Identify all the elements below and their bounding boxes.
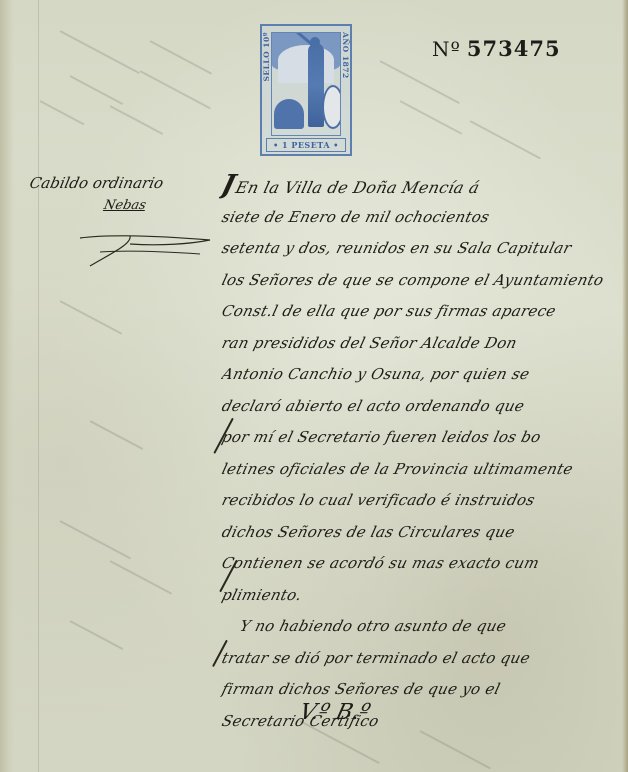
margin-annotation: Cabildo ordinario Nebas [30, 174, 230, 213]
margin-signature: Nebas [102, 198, 231, 213]
torn-left-edge [0, 0, 14, 772]
text-line: siete de Enero de mil ochocientos [218, 202, 626, 234]
text-line: declaró abierto el acto ordenando que [218, 391, 626, 423]
minutes-body: JEn la Villa de Doña Mencía á siete de E… [222, 170, 622, 737]
text-line: setenta y dos, reunidos en su Sala Capit… [218, 233, 626, 265]
text-line: los Señores de que se compone el Ayuntam… [218, 265, 626, 297]
lion-icon [274, 99, 304, 129]
text-line: tratar se dió por terminado el acto que [218, 643, 626, 675]
serial-value: 573475 [467, 36, 561, 61]
stamp-year-label: AÑO 1872 [341, 32, 350, 79]
stamp-sello-label: SELLO 10º [262, 32, 271, 82]
text-line: Antonio Canchio y Osuna, por quien se [218, 359, 626, 391]
text-line: por mí el Secretario fueren leidos los b… [218, 422, 626, 454]
right-edge [622, 0, 628, 772]
margin-title: Cabildo ordinario [28, 174, 232, 192]
text-line: JEn la Villa de Doña Mencía á [218, 170, 626, 202]
text-line: ran presididos del Señor Alcalde Don [218, 328, 626, 360]
text-line: Contienen se acordó su mas exacto cum [218, 548, 626, 580]
document-page: SELLO 10º AÑO 1872 • 1 PESETA • Nº573475… [0, 0, 628, 772]
text-line: plimiento. [218, 580, 626, 612]
hispania-figure-icon [308, 43, 324, 127]
text-line: firman dichos Señores de que yo el [218, 674, 626, 706]
text-line: recibidos lo cual verificado é instruido… [218, 485, 626, 517]
serial-number: Nº573475 [432, 36, 561, 61]
signature-flourish-icon [70, 230, 220, 270]
text-line: dichos Señores de las Circulares que [218, 517, 626, 549]
text-line: Secretario Certifico [218, 706, 626, 738]
serial-prefix: Nº [432, 37, 461, 61]
text-line: Const.l de ella que por sus firmas apare… [218, 296, 626, 328]
shield-icon [322, 85, 341, 129]
margin-fold-line [38, 0, 39, 772]
stamp-value-label: • 1 PESETA • [266, 138, 346, 152]
revenue-stamp: SELLO 10º AÑO 1872 • 1 PESETA • [260, 24, 352, 156]
text-line: letines oficiales de la Provincia ultima… [218, 454, 626, 486]
stamp-artwork [271, 32, 341, 136]
visto-bueno-mark: V.º B.º [297, 700, 373, 725]
text-line: Y no habiendo otro asunto de que [218, 611, 626, 643]
